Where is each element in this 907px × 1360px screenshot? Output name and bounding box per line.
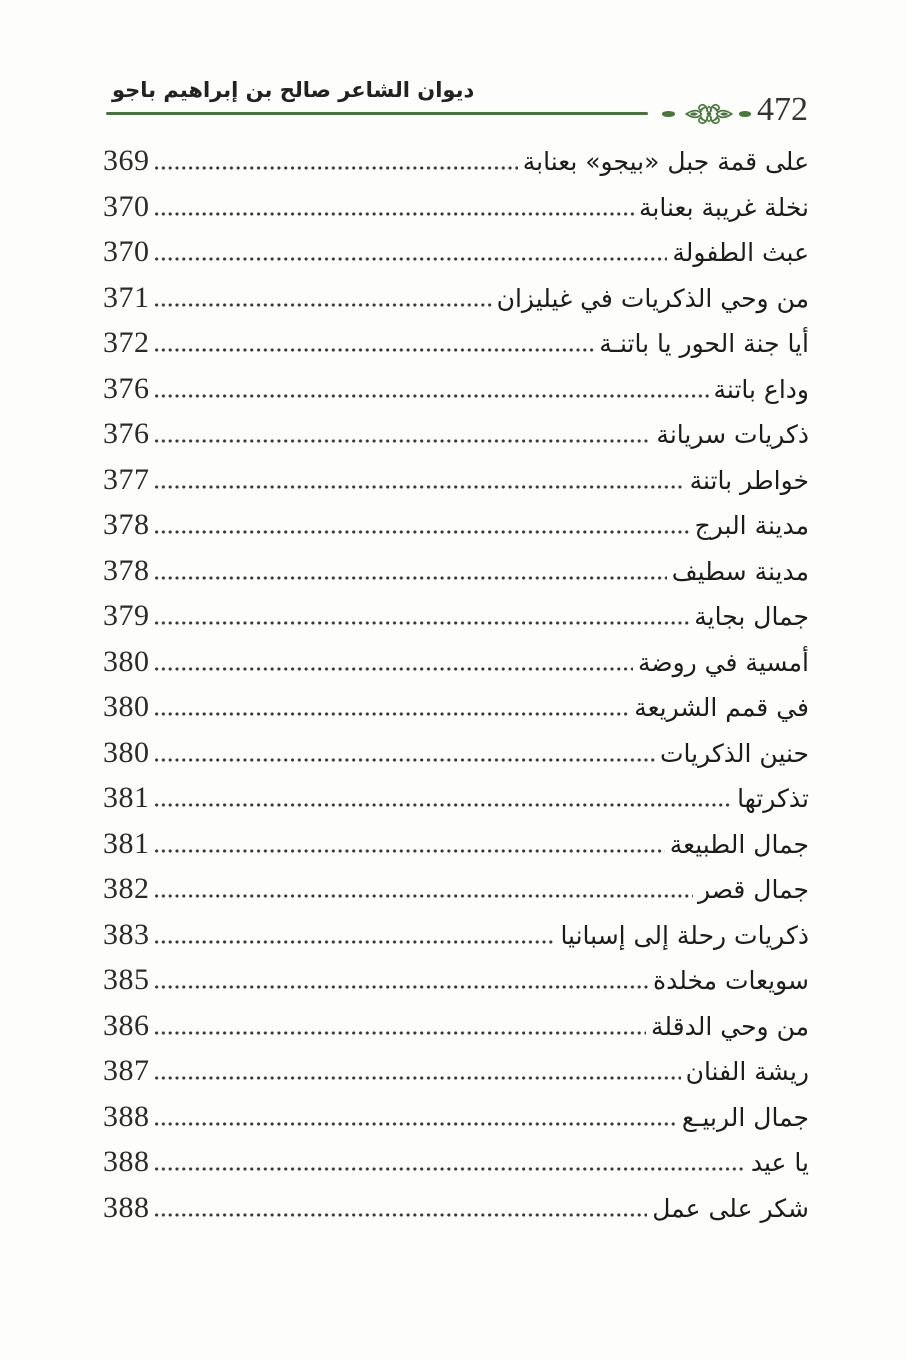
toc-dot-leader xyxy=(155,1076,681,1080)
toc-entry-page: 379 xyxy=(103,601,150,631)
toc-entry-page: 376 xyxy=(103,419,150,449)
toc-entry-title: أمسية في روضة xyxy=(638,649,809,678)
toc-dot-leader xyxy=(155,1213,648,1217)
toc-entry-page: 370 xyxy=(103,192,150,222)
toc-entry-title: جمال الربيـع xyxy=(682,1104,809,1133)
toc-entry-page: 378 xyxy=(103,556,150,586)
toc-dot-leader xyxy=(155,394,709,398)
toc-entry-row: في قمم الشريعة 380 xyxy=(103,692,809,738)
toc-dot-leader xyxy=(155,485,685,489)
toc-entry-page: 383 xyxy=(103,920,150,950)
toc-entry-title: شكر على عمل xyxy=(652,1195,809,1224)
toc-entry-title: نخلة غريبة بعنابة xyxy=(639,194,809,223)
toc-dot-leader xyxy=(155,348,595,352)
toc-entry-title: على قمة جبل «بيجو» بعنابة xyxy=(523,148,809,177)
toc-entry-page: 376 xyxy=(103,374,150,404)
toc-dot-leader xyxy=(155,940,556,944)
toc-entry-title: مدينة سطيف xyxy=(672,558,809,587)
toc-entry-row: ذكريات رحلة إلى إسبانيا 383 xyxy=(103,920,809,966)
toc-dot-leader xyxy=(155,621,690,625)
floral-divider-icon xyxy=(683,93,735,135)
toc-entry-page: 387 xyxy=(103,1056,150,1086)
toc-entry-row: جمال قصر 382 xyxy=(103,874,809,920)
toc-entry-row: مدينة البرج 378 xyxy=(103,510,809,556)
toc-entry-row: أمسية في روضة 380 xyxy=(103,647,809,693)
toc-dot-leader xyxy=(155,712,630,716)
toc-dot-leader xyxy=(155,803,733,807)
toc-entry-title: من وحي الدقلة xyxy=(651,1013,809,1042)
toc-entry-row: على قمة جبل «بيجو» بعنابة 369 xyxy=(103,146,809,192)
toc-entry-row: ريشة الفنان 387 xyxy=(103,1056,809,1102)
toc-entry-page: 369 xyxy=(103,146,150,176)
toc-dot-leader xyxy=(155,1122,677,1126)
toc-entry-page: 388 xyxy=(103,1102,150,1132)
toc-entry-title: جمال بجاية xyxy=(694,603,809,632)
toc-entry-page: 386 xyxy=(103,1011,150,1041)
toc-entry-row: خواطر باتنة 377 xyxy=(103,465,809,511)
toc-entry-row: ذكريات سريانة 376 xyxy=(103,419,809,465)
toc-entry-row: من وحي الذكريات في غيليزان 371 xyxy=(103,283,809,329)
toc-entry-title: ريشة الفنان xyxy=(686,1058,809,1087)
toc-entry-title: يا عيد xyxy=(751,1149,809,1178)
toc-dot-leader xyxy=(155,530,690,534)
toc-entry-row: شكر على عمل 388 xyxy=(103,1193,809,1239)
ornament-dot-icon xyxy=(739,111,751,117)
toc-entry-page: 380 xyxy=(103,647,150,677)
toc-dot-leader xyxy=(155,212,635,216)
toc-entry-page: 381 xyxy=(103,783,150,813)
toc-dot-leader xyxy=(155,1167,746,1171)
toc-entry-page: 382 xyxy=(103,874,150,904)
toc-entry-row: مدينة سطيف 378 xyxy=(103,556,809,602)
toc-entry-row: وداع باتنة 376 xyxy=(103,374,809,420)
toc-entry-title: جمال الطبيعة xyxy=(670,831,809,860)
toc-entry-page: 381 xyxy=(103,829,150,859)
toc-entry-title: عبث الطفولة xyxy=(672,239,809,268)
toc-entry-row: سويعات مخلدة 385 xyxy=(103,965,809,1011)
toc-entry-page: 377 xyxy=(103,465,150,495)
toc-dot-leader xyxy=(155,985,648,989)
toc-entry-row: جمال الطبيعة 381 xyxy=(103,829,809,875)
toc-entry-title: في قمم الشريعة xyxy=(634,694,809,723)
toc-dot-leader xyxy=(155,849,665,853)
toc-entry-row: تذكرتها 381 xyxy=(103,783,809,829)
toc-dot-leader xyxy=(155,1031,647,1035)
toc-dot-leader xyxy=(155,303,492,307)
toc-entry-row: من وحي الدقلة 386 xyxy=(103,1011,809,1057)
toc-entry-title: ذكريات رحلة إلى إسبانيا xyxy=(560,922,809,951)
toc-entry-page: 388 xyxy=(103,1193,150,1223)
toc-entry-page: 388 xyxy=(103,1147,150,1177)
toc-entry-title: وداع باتنة xyxy=(714,376,810,405)
toc-entry-title: جمال قصر xyxy=(698,876,809,905)
toc-entry-page: 372 xyxy=(103,328,150,358)
ornament-dot-icon xyxy=(662,111,675,117)
toc-entry-title: خواطر باتنة xyxy=(690,467,809,496)
page-number: 472 xyxy=(757,93,808,127)
toc-entry-title: سويعات مخلدة xyxy=(653,967,809,996)
toc-entry-row: يا عيد 388 xyxy=(103,1147,809,1193)
toc-dot-leader xyxy=(155,894,693,898)
toc-entry-page: 370 xyxy=(103,237,150,267)
toc-entry-title: تذكرتها xyxy=(737,785,809,814)
toc-entry-title: أيا جنة الحور يا باتنـة xyxy=(599,330,809,359)
toc-entry-row: جمال بجاية 379 xyxy=(103,601,809,647)
book-title: ديوان الشاعر صالح بن إبراهيم باجو xyxy=(112,78,474,102)
toc-entry-row: عبث الطفولة 370 xyxy=(103,237,809,283)
toc-entry-page: 371 xyxy=(103,283,150,313)
book-page: ديوان الشاعر صالح بن إبراهيم باجو xyxy=(0,0,907,1360)
toc-entry-row: نخلة غريبة بعنابة 370 xyxy=(103,192,809,238)
toc-entry-row: جمال الربيـع 388 xyxy=(103,1102,809,1148)
toc-entry-page: 378 xyxy=(103,510,150,540)
toc-dot-leader xyxy=(155,166,518,170)
toc-dot-leader xyxy=(155,576,667,580)
toc-dot-leader xyxy=(155,257,668,261)
toc-entry-title: من وحي الذكريات في غيليزان xyxy=(497,285,809,314)
toc-entry-row: حنين الذكريات 380 xyxy=(103,738,809,784)
toc-entry-page: 380 xyxy=(103,738,150,768)
toc-list: على قمة جبل «بيجو» بعنابة 369 نخلة غريبة… xyxy=(103,146,809,1238)
toc-entry-title: مدينة البرج xyxy=(695,512,809,541)
toc-entry-row: أيا جنة الحور يا باتنـة 372 xyxy=(103,328,809,374)
toc-dot-leader xyxy=(155,758,655,762)
toc-dot-leader xyxy=(155,439,652,443)
toc-entry-page: 385 xyxy=(103,965,150,995)
toc-dot-leader xyxy=(155,667,633,671)
header-rule xyxy=(106,112,648,115)
toc-entry-title: ذكريات سريانة xyxy=(656,421,809,450)
toc-entry-page: 380 xyxy=(103,692,150,722)
toc-entry-title: حنين الذكريات xyxy=(660,740,809,769)
